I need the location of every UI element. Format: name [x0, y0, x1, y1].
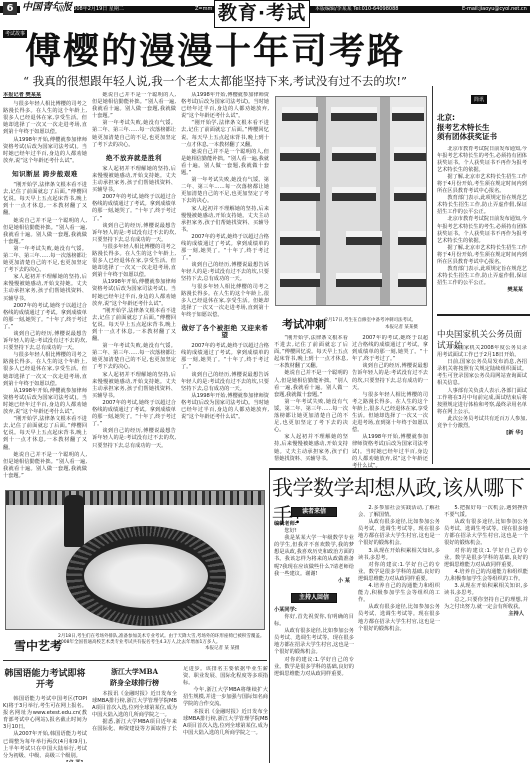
story-paragraph: 家人起初并不理解她的坚持,后来慢慢被她感动,开始支持她。丈夫主动承担家务,孩子们… — [92, 372, 176, 400]
newspaper-logo: 中国青年报 — [20, 1, 74, 15]
reply-paragraph: 2.多参加社会实践活动,了解社会、了解国情。 — [358, 505, 440, 519]
story-paragraph: 谈到自己的经历,傅樱说最想告诉年轻人的是:考试没有过不去的坎,只要坚持下去,总有… — [92, 428, 176, 449]
reply-signature: 主持人 — [444, 611, 528, 618]
story-paragraph: 谈到自己的经历,傅樱说最想告诉年轻人的是:考试没有过不去的坎,只要坚持下去,总有… — [181, 372, 269, 393]
story-paragraph: 2007年的考试,她终于以超过合格线的成绩通过了考试。拿到成绩单的那一刻,她哭了… — [352, 335, 428, 363]
snow-photo-caption: 2月18日,考生们在考场外排队,准备参加美术专业考试。由于天降大雪,考场外的环形… — [58, 634, 266, 646]
story-paragraph: 她说自己并不是一个聪明的人,但是她相信勤能补拙。“别人看一遍,我就看十遍。别人做… — [3, 452, 87, 480]
sidebar-paragraph: 据了解,北京市艺术特长生招生工作将于4月份开始,考生须在规定时间内到所在区县教育… — [437, 245, 527, 266]
reply-paragraph: 4.培养自己的沟通能力和组织能力,积极参加学生会等组织的工作。 — [444, 569, 528, 583]
sidebar-paragraph: 中央国家机关2008年度公务员录用考试面试工作已于2月18日开始。 — [437, 345, 527, 359]
story-paragraph: 谈到自己的经历,傅樱说最想告诉年轻人的是:考试没有过不去的坎,只要坚持下去,总有… — [352, 363, 428, 391]
editor-info: 本版编辑/李某某 Tel:010-64098088 — [315, 5, 398, 14]
reply-paragraph: 从政有很多途径,比如参加公务员考试、选调生考试等。现在很多地方都在招录大学生村官… — [358, 519, 440, 547]
snow-art-exam-photo — [5, 490, 265, 630]
contact-email: E-mail:jiaoyu@cyol.net.cn — [462, 5, 527, 14]
story-paragraph: 从1998年开始,傅樱就参加律师资格考试(后改为国家司法考试)。当时她已经年过半… — [3, 137, 87, 165]
korean-exam-headline: 韩国语能力考试即将开考 — [3, 669, 87, 691]
sidebar-headline-location: 北京: — [437, 113, 527, 123]
story-paragraph: 2007年的考试,她终于以超过合格线的成绩通过了考试。拿到成绩单的那一刻,她哭了… — [92, 194, 176, 222]
story-column-4: “刚开始学,法律条文根本看不进去,记住了前面就忘了后面。”傅樱回忆说。每天早上五… — [274, 335, 348, 483]
story-column-5: 2007年的考试,她终于以超过合格线的成绩通过了考试。拿到成绩单的那一刻,她哭了… — [352, 335, 428, 483]
story-paragraph: 2007年的考试,她终于以超过合格线的成绩通过了考试。拿到成绩单的那一刻,她哭了… — [3, 303, 87, 331]
advice-column-2: 2.多参加社会实践活动,了解社会、了解国情。 从政有很多途径,比如参加公务员考试… — [358, 505, 440, 761]
reply-paragraph: 总之,只要你坚持自己的理想,并为之付出努力,就一定会有所收获。 — [444, 597, 528, 611]
story-section-head: 绝不放弃就是胜利 — [92, 155, 176, 162]
zju-mba-paragraph: 本报讯《金融时报》近日发布全球MBA排行榜,浙江大学管理学院MBA项目首次入选,… — [183, 709, 268, 737]
story-paragraph: 从1998年开始,傅樱就参加律师资格考试(后改为国家司法考试)。当时她已经年过半… — [181, 92, 269, 120]
story-paragraph: 第一年考试失败,她没有气馁。第二年、第三年……每一次落榜都让她更加清楚自己的不足… — [3, 246, 87, 274]
math-column-divider — [269, 468, 270, 763]
story-section-head: 知识断层 跨步般艰难 — [3, 171, 87, 178]
exam-photo-credit: 本报记者 某某摄 — [385, 325, 418, 331]
sidebar-brief: 简讯 北京: 报考艺术特长生 须有团体获奖证书 北京市教育考试院日前发布通知,今… — [437, 86, 527, 364]
exam-photo-caption-title: 考试冲刺 — [282, 318, 326, 331]
sidebar-tag: 简讯 — [471, 95, 487, 104]
page-number: 6 — [3, 2, 17, 15]
snow-photo-credit: 本报记者 某 某摄 — [205, 646, 239, 652]
reply-paragraph: 你好,首先祝贺你,有明确的目标。 — [274, 614, 354, 628]
reply-greeting: 小某同学: — [274, 607, 354, 614]
reply-paragraph: 从政有很多途径,比如参加公务员考试、选调生考试等。现在很多地方都在招录大学生村官… — [274, 628, 354, 656]
reply-paragraph: 从政有很多途径,比如参加公务员考试、选调生考试等。现在很多地方都在招录大学生村官… — [358, 604, 440, 632]
issue-date: 2008年2月19日 星期二 — [70, 5, 124, 14]
sidebar-paragraph: 据了解,北京市艺术特长生招生工作将于4月份开始,考生须在规定时间内到所在区县教育… — [437, 174, 527, 195]
host-reply-label: 主持人回信 — [291, 593, 337, 603]
story-paragraph: 2007年的考试,她终于以超过合格线的成绩通过了考试。拿到成绩单的那一刻,她哭了… — [92, 400, 176, 428]
korean-exam-paragraph: 韩国语能力考试中国考区(TOPIK)将于3月举行,考生可在网上报名。报名网址为w… — [3, 696, 87, 731]
reader-signature: 小 某 — [274, 578, 354, 585]
story-paragraph: 她说自己并不是一个聪明的人,但是她相信勤能补拙。“别人看一遍,我就看十遍。别人做… — [181, 149, 269, 177]
sidebar-paragraph: 教育部门表示,此项规定旨在规范艺术特长生招生工作,防止弄虚作假,保证招生工作的公… — [437, 266, 527, 287]
zju-mba-article: 浙江大学MBA 跻身全球排行榜 本报讯《金融时报》近日发布全球MBA排行榜,浙江… — [92, 666, 268, 762]
reply-paragraph: 3.从现在开始积累相关知识,多读书,多思考。 — [358, 548, 440, 562]
story-paragraph: 与很多年轻人相比傅樱的司考之路漫长得多。在人生的这个年龄上,很多人已经退休在家,… — [352, 392, 428, 435]
reply-paragraph: 对你的建议:1.学好自己的专业。数学是很多学科的基础,良好的逻辑思维能力对从政同… — [274, 657, 354, 678]
story-paragraph: 从1998年开始,傅樱就参加律师资格考试(后改为国家司法考试)。当时她已经年过半… — [352, 434, 428, 469]
korean-exam-credit: [卢 某] — [3, 760, 87, 762]
story-paragraph: 与很多年轻人相比傅樱的司考之路漫长得多。在人生的这个年龄上,很多人已经退休在家,… — [181, 284, 269, 319]
sidebar-paragraph: 此次公务员考试共有近百万人参加,竞争十分激烈。 — [437, 416, 527, 430]
story-column-1: 本报记者 樊某某 与很多年轻人相比傅樱的司考之路漫长得多。在人生的这个年龄上,很… — [3, 92, 87, 484]
story-paragraph: “刚开始学,法律条文根本看不进去,记住了前面就忘了后面。”傅樱回忆说。每天早上五… — [181, 120, 269, 148]
reader-letter-body: 我是某某大学一年级数学专业的学生,但我并不喜欢数学,我的梦想是从政,我喜欢历史和… — [274, 535, 354, 578]
advice-column-1: 读者来信 编辑老师: 您好! 我是某某大学一年级数学专业的学生,但我并不喜欢数学… — [274, 505, 354, 761]
reply-paragraph: 对你的建议:1.学好自己的专业。数学是很多学科的基础,良好的逻辑思维能力对从政同… — [444, 548, 528, 569]
editor-label: Z=mm — [195, 5, 212, 14]
story-paragraph: “刚开始学,法律条文根本看不进去,记住了前面就忘了后面。”傅樱回忆说。每天早上五… — [3, 182, 87, 217]
sidebar-paragraph: 日前,国家公务员局发布消息,各招录机关将按照有关规定陆续组织面试。考生可登录国家… — [437, 359, 527, 387]
reply-paragraph: 对你的建议:1.学好自己的专业。数学是很多学科的基础,良好的逻辑思维能力对从政同… — [358, 562, 440, 583]
section-title: 教育·考试 — [214, 0, 310, 28]
story-paragraph: 从1998年开始,傅樱就参加律师资格考试(后改为国家司法考试)。当时她已经年过半… — [181, 393, 269, 421]
story-paragraph: 与很多年轻人相比傅樱的司考之路漫长得多。在人生的这个年龄上,很多人已经退休在家,… — [3, 101, 87, 136]
story-paragraph: 谈到自己的经历,傅樱说最想告诉年轻人的是:考试没有过不去的坎,只要坚持下去,总有… — [181, 262, 269, 283]
story-paragraph: 与很多年轻人相比傅樱的司考之路漫长得多。在人生的这个年龄上,很多人已经退休在家,… — [92, 244, 176, 279]
sidebar-paragraph: 人事部有关负责人表示,各部门面试工作将在3月中旬前完成,面试结束后将按照规定进行… — [437, 388, 527, 416]
sidebar-second-credit: [新 华] — [437, 430, 527, 437]
story-paragraph: “刚开始学,法律条文根本看不进去,记住了前面就忘了后面。”傅樱回忆说。每天早上五… — [274, 335, 348, 370]
story-paragraph: 家人起初并不理解她的坚持,后来慢慢被她感动,开始支持她。丈夫主动承担家务,孩子们… — [92, 166, 176, 194]
sidebar-divider — [432, 86, 433, 464]
reply-paragraph: 5.把握好每一次机会,遇到挫折不要气馁。 — [444, 505, 528, 519]
sidebar-paragraph: 教育部门表示,此项规定旨在规范艺术特长生招生工作,防止弄虚作假,保证招生工作的公… — [437, 195, 527, 216]
sidebar-credit: 樊某某 — [437, 287, 527, 294]
story-paragraph: 与很多年轻人相比傅樱的司考之路漫长得多。在人生的这个年龄上,很多人已经退休在家,… — [3, 352, 87, 387]
story-paragraph: 第一年考试失败,她没有气馁。第二年、第三年……每一次落榜都让她更加清楚自己的不足… — [92, 120, 176, 148]
story-paragraph: 从1998年开始,傅樱就参加律师资格考试(后改为国家司法考试)。当时她已经年过半… — [92, 279, 176, 307]
story-section-head: 做好了各个被拒绝 又迎来希望 — [181, 325, 269, 339]
reply-paragraph: 从政有很多途径,比如参加公务员考试、选调生考试等。现在很多地方都在招录大学生村官… — [444, 519, 528, 547]
korean-exam-article: 韩国语能力考试即将开考 韩国语能力考试中国考区(TOPIK)将于3月举行,考生可… — [3, 666, 87, 762]
reply-paragraph: 3.从现在开始积累相关知识,多读书,多思考。 — [444, 583, 528, 597]
exam-photo-caption: 2月17日,考生在自修室中备考冲刺司法考试。 — [325, 318, 429, 324]
advice-column-3: 5.把握好每一次机会,遇到挫折不要气馁。 从政有很多途径,比如参加公务员考试、选… — [444, 505, 528, 761]
masthead-hatch-decoration: //// — [58, 4, 65, 14]
story-paragraph: 谈到自己的经历,傅樱说最想告诉年轻人的是:考试没有过不去的坎,只要坚持下去,总有… — [3, 331, 87, 352]
story-paragraph: 家人起初并不理解她的坚持,后来慢慢被她感动,开始支持她。丈夫主动承担家务,孩子们… — [274, 434, 348, 462]
reply-paragraph: 4.培养自己的沟通能力和组织能力,积极参加学生会等组织的工作。 — [358, 583, 440, 604]
story-paragraph: 从1998年开始,傅樱就参加律师资格考试(后改为国家司法考试)。当时她已经年过半… — [3, 388, 87, 416]
sidebar-paragraph: 北京市教育考试院日前发布通知,今年报考艺术特长生的考生,必须持有团体获奖证书。个… — [437, 146, 527, 174]
zju-mba-paragraph: 今年,浙江大学MBA将继续扩大招生规模,并进一步加强与国际知名商学院的合作交流。 — [183, 687, 268, 708]
sidebar-rule — [437, 314, 530, 316]
korean-exam-paragraph: 从2007年开始,韩国语能力考试已调整为每年举行两次(4月和9月),上半年考试只… — [3, 731, 87, 759]
story-paragraph: 家人起初并不理解她的坚持,后来慢慢被她感动,开始支持她。丈夫主动承担家务,孩子们… — [181, 206, 269, 234]
main-subheadline: “ 我真的很想跟年轻人说,我一个老太太都能坚持下来,考试没有过不去的坎!” — [0, 74, 430, 88]
sidebar-paragraph: 北京市教育考试院日前发布通知,今年报考艺术特长生的考生,必须持有团体获奖证书。个… — [437, 216, 527, 244]
story-paragraph: 她说自己并不是一个聪明的人,但是她相信勤能补拙。“别人看一遍,我就看十遍。别人做… — [274, 370, 348, 398]
sidebar-second-body: 中央国家机关2008年度公务员录用考试面试工作已于2月18日开始。 日前,国家公… — [437, 345, 527, 467]
zju-mba-headline-line-2: 跻身全球排行榜 — [92, 677, 177, 688]
section-divider — [270, 468, 530, 470]
story-column-2: 她说自己并不是一个聪明的人,但是她相信勤能补拙。“别人看一遍,我就看十遍。别人做… — [92, 92, 176, 484]
snow-photo-caption-title: 雪中艺考 — [14, 640, 62, 653]
reader-letter-label: 读者来信 — [291, 507, 337, 517]
sidebar-headline-line-2: 须有团体获奖证书 — [437, 132, 527, 142]
story-column-3: 从1998年开始,傅樱就参加律师资格考试(后改为国家司法考试)。当时她已经年过半… — [181, 92, 269, 484]
story-paragraph: “刚开始学,法律条文根本看不进去,记住了前面就忘了后面。”傅樱回忆说。每天早上五… — [92, 308, 176, 343]
byline: 本报记者 樊某某 — [3, 92, 87, 99]
main-headline: 傅樱的漫漫十年司考路 — [0, 30, 430, 74]
story-paragraph: 她说自己并不是一个聪明的人,但是她相信勤能补拙。“别人看一遍,我就看十遍。别人做… — [3, 218, 87, 246]
story-paragraph: 第一年考试失败,她没有气馁。第二年、第三年……每一次落榜都让她更加清楚自己的不足… — [92, 343, 176, 371]
story-paragraph: 第一年考试失败,她没有气馁。第二年、第三年……每一次落榜都让她更加清楚自己的不足… — [274, 399, 348, 434]
story-paragraph: 第一年考试失败,她没有气馁。第二年、第三年……每一次落榜都让她更加清楚自己的不足… — [181, 177, 269, 205]
story-paragraph: 谈到自己的经历,傅樱说最想告诉年轻人的是:考试没有过不去的坎,只要坚持下去,总有… — [92, 223, 176, 244]
bottom-section-rule — [3, 660, 267, 661]
story-paragraph: 她说自己并不是一个聪明的人,但是她相信勤能补拙。“别人看一遍,我就看十遍。别人做… — [92, 92, 176, 120]
exam-hall-photo — [275, 96, 427, 306]
story-paragraph: 2007年的考试,她终于以超过合格线的成绩通过了考试。拿到成绩单的那一刻,她哭了… — [181, 343, 269, 371]
zju-mba-headline-line-1: 浙江大学MBA — [92, 666, 177, 677]
sidebar-headline-line-1: 报考艺术特长生 — [437, 123, 527, 133]
zju-mba-paragraph: 本报讯《金融时报》近日发布全球MBA排行榜,浙江大学管理学院MBA项目首次入选,… — [92, 691, 177, 719]
story-paragraph: 家人起初并不理解她的坚持,后来慢慢被她感动,开始支持她。丈夫主动承担家务,孩子们… — [3, 274, 87, 302]
story-paragraph: 2007年的考试,她终于以超过合格线的成绩通过了考试。拿到成绩单的那一刻,她哭了… — [181, 234, 269, 262]
story-paragraph: “刚开始学,法律条文根本看不进去,记住了前面就忘了后面。”傅樱回忆说。每天早上五… — [3, 416, 87, 451]
